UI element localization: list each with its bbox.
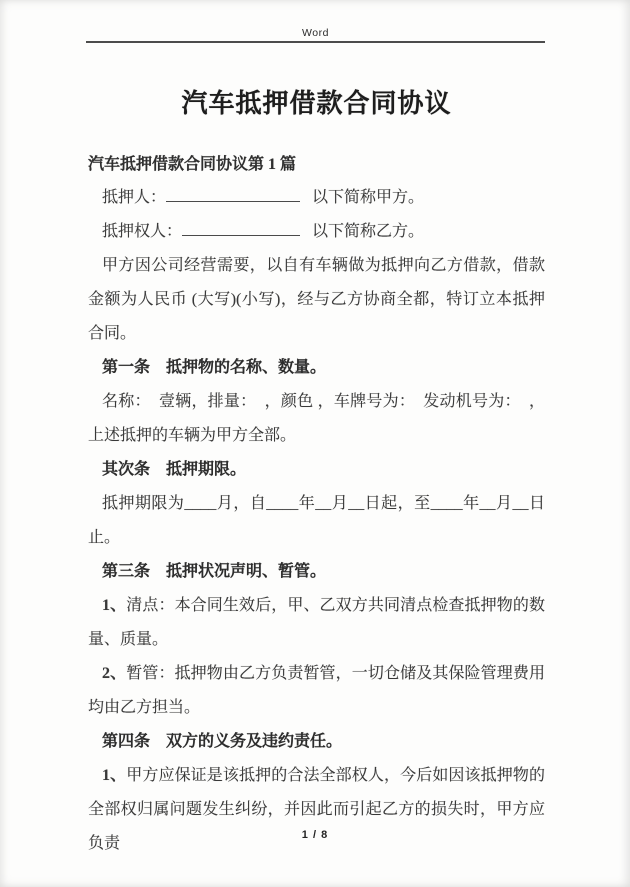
article-2-body: 抵押期限为____月，自____年__月__日起，至____年__月__日止。 (88, 487, 545, 555)
article-4-heading: 第四条双方的义务及违约责任。 (88, 725, 545, 759)
mortgagee-label: 抵押权人： (102, 215, 182, 249)
article-1-title: 抵押物的名称、数量。 (166, 359, 326, 376)
article-3-item-2-text: 暂管：抵押物由乙方负责暂管，一切仓储及其保险管理费用均由乙方担当。 (88, 665, 545, 716)
document-title: 汽车抵押借款合同协议 (88, 87, 545, 121)
mortgagee-suffix: 以下简称乙方。 (312, 215, 424, 249)
mortgagee-field-row: 抵押权人：以下简称乙方。 (88, 215, 545, 249)
mortgagor-field-left: 抵押人： (102, 181, 312, 215)
article-2-number: 其次条 (102, 461, 150, 478)
article-3-item-1-text: 清点：本合同生效后，甲、乙双方共同清点检查抵押物的数量、质量。 (88, 597, 545, 648)
page-header: Word (86, 0, 545, 43)
page-number: 1 / 8 (0, 829, 630, 841)
article-4-title: 双方的义务及违约责任。 (166, 733, 342, 750)
article-1-body: 名称： 壹辆，排量： ，颜色 ，车牌号为： 发动机号为： ，上述抵押的车辆为甲方… (88, 385, 545, 453)
mortgagee-field-left: 抵押权人： (102, 215, 312, 249)
document-content: 汽车抵押借款合同协议 汽车抵押借款合同协议第 1 篇 抵押人：以下简称甲方。 抵… (0, 87, 630, 861)
mortgagor-label: 抵押人： (102, 181, 166, 215)
word-watermark: Word (86, 27, 545, 39)
article-2-heading: 其次条抵押期限。 (88, 453, 545, 487)
document-body: 抵押人：以下简称甲方。 抵押权人：以下简称乙方。 甲方因公司经营需要，以自有车辆… (88, 181, 545, 861)
document-page: Word 汽车抵押借款合同协议 汽车抵押借款合同协议第 1 篇 抵押人：以下简称… (0, 0, 630, 887)
article-3-number: 第三条 (102, 563, 150, 580)
article-3-heading: 第三条抵押状况声明、暂管。 (88, 555, 545, 589)
article-1-number: 第一条 (102, 359, 150, 376)
article-3-item-1: 1、清点：本合同生效后，甲、乙双方共同清点检查抵押物的数量、质量。 (88, 589, 545, 657)
article-3-title: 抵押状况声明、暂管。 (166, 563, 326, 580)
article-2-title: 抵押期限。 (166, 461, 246, 478)
mortgagee-blank-line[interactable] (182, 219, 300, 236)
article-4-number: 第四条 (102, 733, 150, 750)
section-subtitle: 汽车抵押借款合同协议第 1 篇 (88, 148, 545, 181)
article-1-heading: 第一条抵押物的名称、数量。 (88, 351, 545, 385)
mortgagor-field-row: 抵押人：以下简称甲方。 (88, 181, 545, 215)
article-3-item-2-number: 2、 (102, 665, 126, 682)
mortgagor-suffix: 以下简称甲方。 (312, 181, 424, 215)
article-4-item-1: 1、甲方应保证是该抵押的合法全部权人，今后如因该抵押物的全部权归属问题发生纠纷，… (88, 759, 545, 861)
article-4-item-1-number: 1、 (102, 767, 126, 784)
mortgagor-blank-line[interactable] (166, 185, 300, 202)
article-3-item-1-number: 1、 (102, 597, 126, 614)
article-3-item-2: 2、暂管：抵押物由乙方负责暂管，一切仓储及其保险管理费用均由乙方担当。 (88, 657, 545, 725)
intro-paragraph: 甲方因公司经营需要，以自有车辆做为抵押向乙方借款，借款金额为人民币 (大写)(小… (88, 249, 545, 351)
